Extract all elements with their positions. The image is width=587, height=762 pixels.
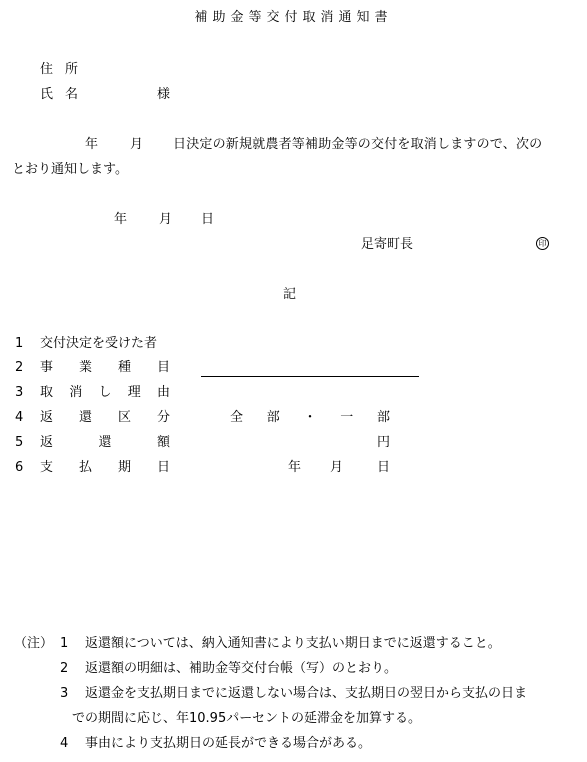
- note-number: 1: [60, 636, 68, 652]
- name-label: 氏名: [40, 87, 78, 103]
- item-label-char: 事: [40, 360, 53, 376]
- item-label-char: 種: [118, 360, 131, 376]
- honorific: 様: [157, 87, 170, 103]
- address-label: 住所: [40, 62, 78, 78]
- date-day: 日: [201, 212, 214, 228]
- item-label-char: 目: [157, 360, 170, 376]
- item-label-char: 日: [157, 460, 170, 476]
- name-label-char: 名: [65, 87, 78, 102]
- item-label: 取 消 し 理 由: [40, 385, 170, 401]
- item-label: 返 還 額: [40, 435, 170, 451]
- item-label-char: 理: [128, 385, 141, 401]
- seal-icon: 印: [536, 237, 549, 250]
- business-type-underline: [201, 376, 419, 377]
- note-number: 4: [60, 736, 68, 752]
- name-label-char: 氏: [40, 87, 53, 102]
- item-label-char: 支: [40, 460, 53, 476]
- repayment-category-value: 全 部 ・ 一 部: [230, 410, 390, 426]
- note-text: 返還額の明細は、補助金等交付台帳（写）のとおり。: [85, 661, 397, 677]
- address-label-char: 所: [65, 62, 78, 77]
- item-label-char: 区: [118, 410, 131, 426]
- value-char: 部: [267, 410, 280, 426]
- item-label-char: 返: [40, 435, 53, 451]
- date-year: 年: [114, 212, 127, 228]
- value-char: 全: [230, 410, 243, 426]
- document-title: 補助金等交付取消通知書: [0, 10, 587, 26]
- item-label-char: 業: [79, 360, 92, 376]
- item-label-char: 還: [79, 410, 92, 426]
- date-month: 月: [159, 212, 172, 228]
- ki-heading: 記: [283, 287, 296, 303]
- note-text: 返還額については、納入通知書により支払い期日までに返還すること。: [85, 636, 501, 652]
- item-label: 交付決定を受けた者: [40, 336, 157, 352]
- yen-unit: 円: [377, 435, 390, 451]
- payment-month: 月: [330, 460, 343, 476]
- item-label-char: 期: [118, 460, 131, 476]
- item-label: 支 払 期 日: [40, 460, 170, 476]
- item-label-char: 分: [157, 410, 170, 426]
- item-number: 6: [15, 460, 23, 476]
- item-label-char: 払: [79, 460, 92, 476]
- payment-day: 日: [377, 460, 390, 476]
- item-label-char: 額: [157, 435, 170, 451]
- item-label-char: し: [98, 385, 111, 401]
- address-label-char: 住: [40, 62, 53, 77]
- note-number: 3: [60, 686, 68, 702]
- note-text-continuation: での期間に応じ、年10.95パーセントの延滞金を加算する。: [72, 711, 421, 727]
- item-label-char: 返: [40, 410, 53, 426]
- body-month: 月: [130, 137, 143, 153]
- note-text: 返還金を支払期日までに返還しない場合は、支払期日の翌日から支払の日ま: [85, 686, 527, 702]
- item-label-char: 消: [69, 385, 82, 401]
- note-text: 事由により支払期日の延長ができる場合がある。: [85, 736, 371, 752]
- item-number: 5: [15, 435, 23, 451]
- item-label-char: 由: [157, 385, 170, 401]
- item-number: 2: [15, 360, 23, 376]
- value-char: 一: [340, 410, 353, 426]
- value-char: ・: [303, 410, 316, 426]
- issuer-name: 足寄町長: [361, 237, 413, 253]
- item-label: 事 業 種 目: [40, 360, 170, 376]
- body-line2: とおり通知します。: [12, 162, 128, 178]
- body-line1: 日決定の新規就農者等補助金等の交付を取消しますので、次の: [173, 137, 542, 153]
- payment-year: 年: [288, 460, 301, 476]
- value-char: 部: [377, 410, 390, 426]
- body-year: 年: [85, 137, 98, 153]
- item-number: 1: [15, 336, 23, 352]
- item-number: 3: [15, 385, 23, 401]
- item-label-char: 取: [40, 385, 53, 401]
- item-label: 返 還 区 分: [40, 410, 170, 426]
- item-label-char: 還: [98, 435, 111, 451]
- item-number: 4: [15, 410, 23, 426]
- note-number: 2: [60, 661, 68, 677]
- notes-prefix: （注）: [14, 636, 53, 652]
